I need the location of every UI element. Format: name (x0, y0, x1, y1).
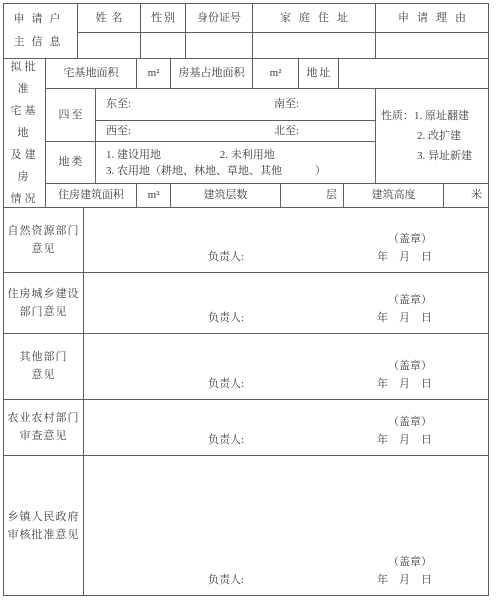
storeys-label: 建筑层数 (171, 184, 281, 208)
date-label: 年 月 日 (377, 252, 432, 263)
area-row: 宅基地面积 m² 房基占地面积 m² 地址 (46, 59, 489, 89)
value-apply-reason (376, 33, 489, 59)
value-gender (141, 33, 186, 59)
boundary-west-label: 西至: (106, 126, 274, 137)
floor-area-unit: m² (137, 184, 171, 208)
boundary-north-label: 北至: (274, 126, 299, 137)
manager-label: 负责人: (208, 379, 244, 390)
applicant-info-section: 申请户 主信息 姓名 性别 身份证号 家庭住址 申请理由 (4, 4, 489, 59)
date-label: 年 月 日 (377, 575, 432, 586)
land-class-item3: 3. 农用地（耕地、林地、草地、其他 ） (106, 163, 326, 179)
land-class-label: 地类 (46, 142, 96, 184)
header-gender: 性别 (141, 4, 186, 33)
nature-item2: 2. 改扩建 (417, 126, 461, 146)
height-unit: 米 (444, 184, 489, 208)
stamp-label: （盖章） (208, 234, 432, 245)
opinion-housing-construction: 住房城乡建设 部门意见 （盖章） 负责人: 年 月 日 (4, 273, 489, 334)
opinion-township-government: 乡镇人民政府 审核批准意见 （盖章） 负责人: 年 月 日 (4, 456, 489, 596)
storeys-unit: 层 (281, 184, 344, 208)
stamp-label: （盖章） (208, 557, 432, 568)
value-id-number (186, 33, 253, 59)
header-id-number: 身份证号 (186, 4, 253, 33)
boundary-east-south-row: 东至: 南至: (96, 89, 376, 121)
nature-item3: 3. 异址新建 (417, 146, 472, 166)
homestead-section: 拟批准 宅基地 及建房 情况 宅基地面积 m² 房基占地面积 m² 地址 四至 (4, 59, 489, 208)
applicant-section-label: 申请户 主信息 (4, 4, 78, 59)
boundary-east-label: 东至: (106, 99, 274, 110)
header-name: 姓名 (78, 4, 141, 33)
height-label: 建筑高度 (344, 184, 444, 208)
opinion-natural-resources: 自然资源部门 意见 （盖章） 负责人: 年 月 日 (4, 208, 489, 273)
nature-line1: 性质：1. 原址翻建 (381, 106, 469, 126)
stamp-label: （盖章） (208, 361, 432, 372)
opinion-natural-resources-label: 自然资源部门 意见 (4, 208, 84, 273)
date-label: 年 月 日 (377, 435, 432, 446)
manager-label: 负责人: (208, 252, 244, 263)
value-home-address (253, 33, 376, 59)
opinion-housing-construction-label: 住房城乡建设 部门意见 (4, 273, 84, 334)
manager-label: 负责人: (208, 575, 244, 586)
opinion-township-government-content: （盖章） 负责人: 年 月 日 (84, 456, 489, 596)
boundary-west-north-row: 西至: 北至: (96, 121, 376, 142)
building-row: 住房建筑面积 m² 建筑层数 层 建筑高度 米 (46, 184, 489, 208)
address-label: 地址 (299, 59, 339, 89)
date-label: 年 月 日 (377, 379, 432, 390)
boundaries-label: 四至 (46, 89, 96, 142)
opinion-agriculture-rural-content: （盖章） 负责人: 年 月 日 (84, 400, 489, 457)
opinion-agriculture-rural-label: 农业农村部门 审查意见 (4, 400, 84, 457)
application-form-table: 申请户 主信息 姓名 性别 身份证号 家庭住址 申请理由 (3, 3, 489, 596)
nature-options: 性质：1. 原址翻建 2. 改扩建 3. 异址新建 (376, 89, 489, 184)
manager-label: 负责人: (208, 313, 244, 324)
foundation-area-unit: m² (253, 59, 299, 89)
opinion-other-departments: 其他部门 意见 （盖章） 负责人: 年 月 日 (4, 334, 489, 400)
homestead-section-label: 拟批准 宅基地 及建房 情况 (4, 59, 46, 208)
land-class-item2: 2. 未利用地 (220, 149, 275, 161)
land-class-block: 地类 1. 建设用地 2. 未利用地 3. 农用地（耕地、林地、草地、其他 ） (46, 142, 376, 184)
form-page: 申请户 主信息 姓名 性别 身份证号 家庭住址 申请理由 (0, 0, 496, 600)
homestead-area-label: 宅基地面积 (46, 59, 137, 89)
boundaries-block: 四至 东至: 南至: 西至: (46, 89, 376, 142)
opinion-township-government-label: 乡镇人民政府 审核批准意见 (4, 456, 84, 596)
address-value (339, 59, 489, 89)
stamp-label: （盖章） (208, 417, 432, 428)
opinion-natural-resources-content: （盖章） 负责人: 年 月 日 (84, 208, 489, 273)
header-apply-reason: 申请理由 (376, 4, 489, 33)
floor-area-label: 住房建筑面积 (46, 184, 137, 208)
date-label: 年 月 日 (377, 313, 432, 324)
boundary-south-label: 南至: (274, 99, 299, 110)
land-class-item1: 1. 建设用地 (106, 149, 161, 161)
land-class-line1: 1. 建设用地 2. 未利用地 (106, 147, 275, 163)
opinion-housing-construction-content: （盖章） 负责人: 年 月 日 (84, 273, 489, 334)
opinion-other-departments-label: 其他部门 意见 (4, 334, 84, 400)
homestead-area-unit: m² (137, 59, 171, 89)
opinion-other-departments-content: （盖章） 负责人: 年 月 日 (84, 334, 489, 400)
manager-label: 负责人: (208, 435, 244, 446)
opinion-agriculture-rural: 农业农村部门 审查意见 （盖章） 负责人: 年 月 日 (4, 400, 489, 457)
stamp-label: （盖章） (208, 295, 432, 306)
foundation-area-label: 房基占地面积 (171, 59, 253, 89)
land-class-options: 1. 建设用地 2. 未利用地 3. 农用地（耕地、林地、草地、其他 ） (96, 142, 376, 184)
header-home-address: 家庭住址 (253, 4, 376, 33)
value-name (78, 33, 141, 59)
